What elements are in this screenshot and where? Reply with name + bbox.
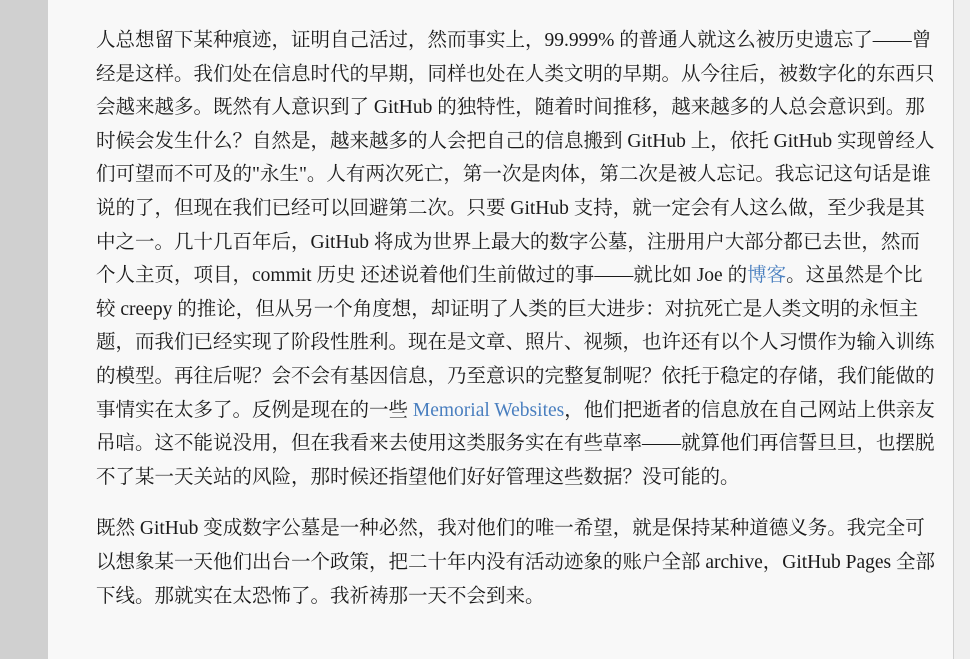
paragraph-1-text-a: 人总想留下某种痕迹，证明自己活过，然而事实上，99.999% 的普通人就这么被历… <box>96 30 935 286</box>
blog-link[interactable]: 博客 <box>747 265 786 286</box>
paragraph-1-text-b: 。这虽然是个比较 creepy 的推论，但从另一个角度想，却证明了人类的巨大进步… <box>96 265 935 420</box>
paragraph-1: 人总想留下某种痕迹，证明自己活过，然而事实上，99.999% 的普通人就这么被历… <box>96 24 938 494</box>
paragraph-2: 既然 GitHub 变成数字公墓是一种必然，我对他们的唯一希望，就是保持某种道德… <box>96 512 938 613</box>
article-body: 人总想留下某种痕迹，证明自己活过，然而事实上，99.999% 的普通人就这么被历… <box>96 24 938 631</box>
paragraph-2-text: 既然 GitHub 变成数字公墓是一种必然，我对他们的唯一希望，就是保持某种道德… <box>96 518 935 606</box>
memorial-websites-link[interactable]: Memorial Websites <box>413 400 564 421</box>
left-gutter <box>0 0 48 659</box>
scrollbar-track[interactable] <box>953 0 970 659</box>
